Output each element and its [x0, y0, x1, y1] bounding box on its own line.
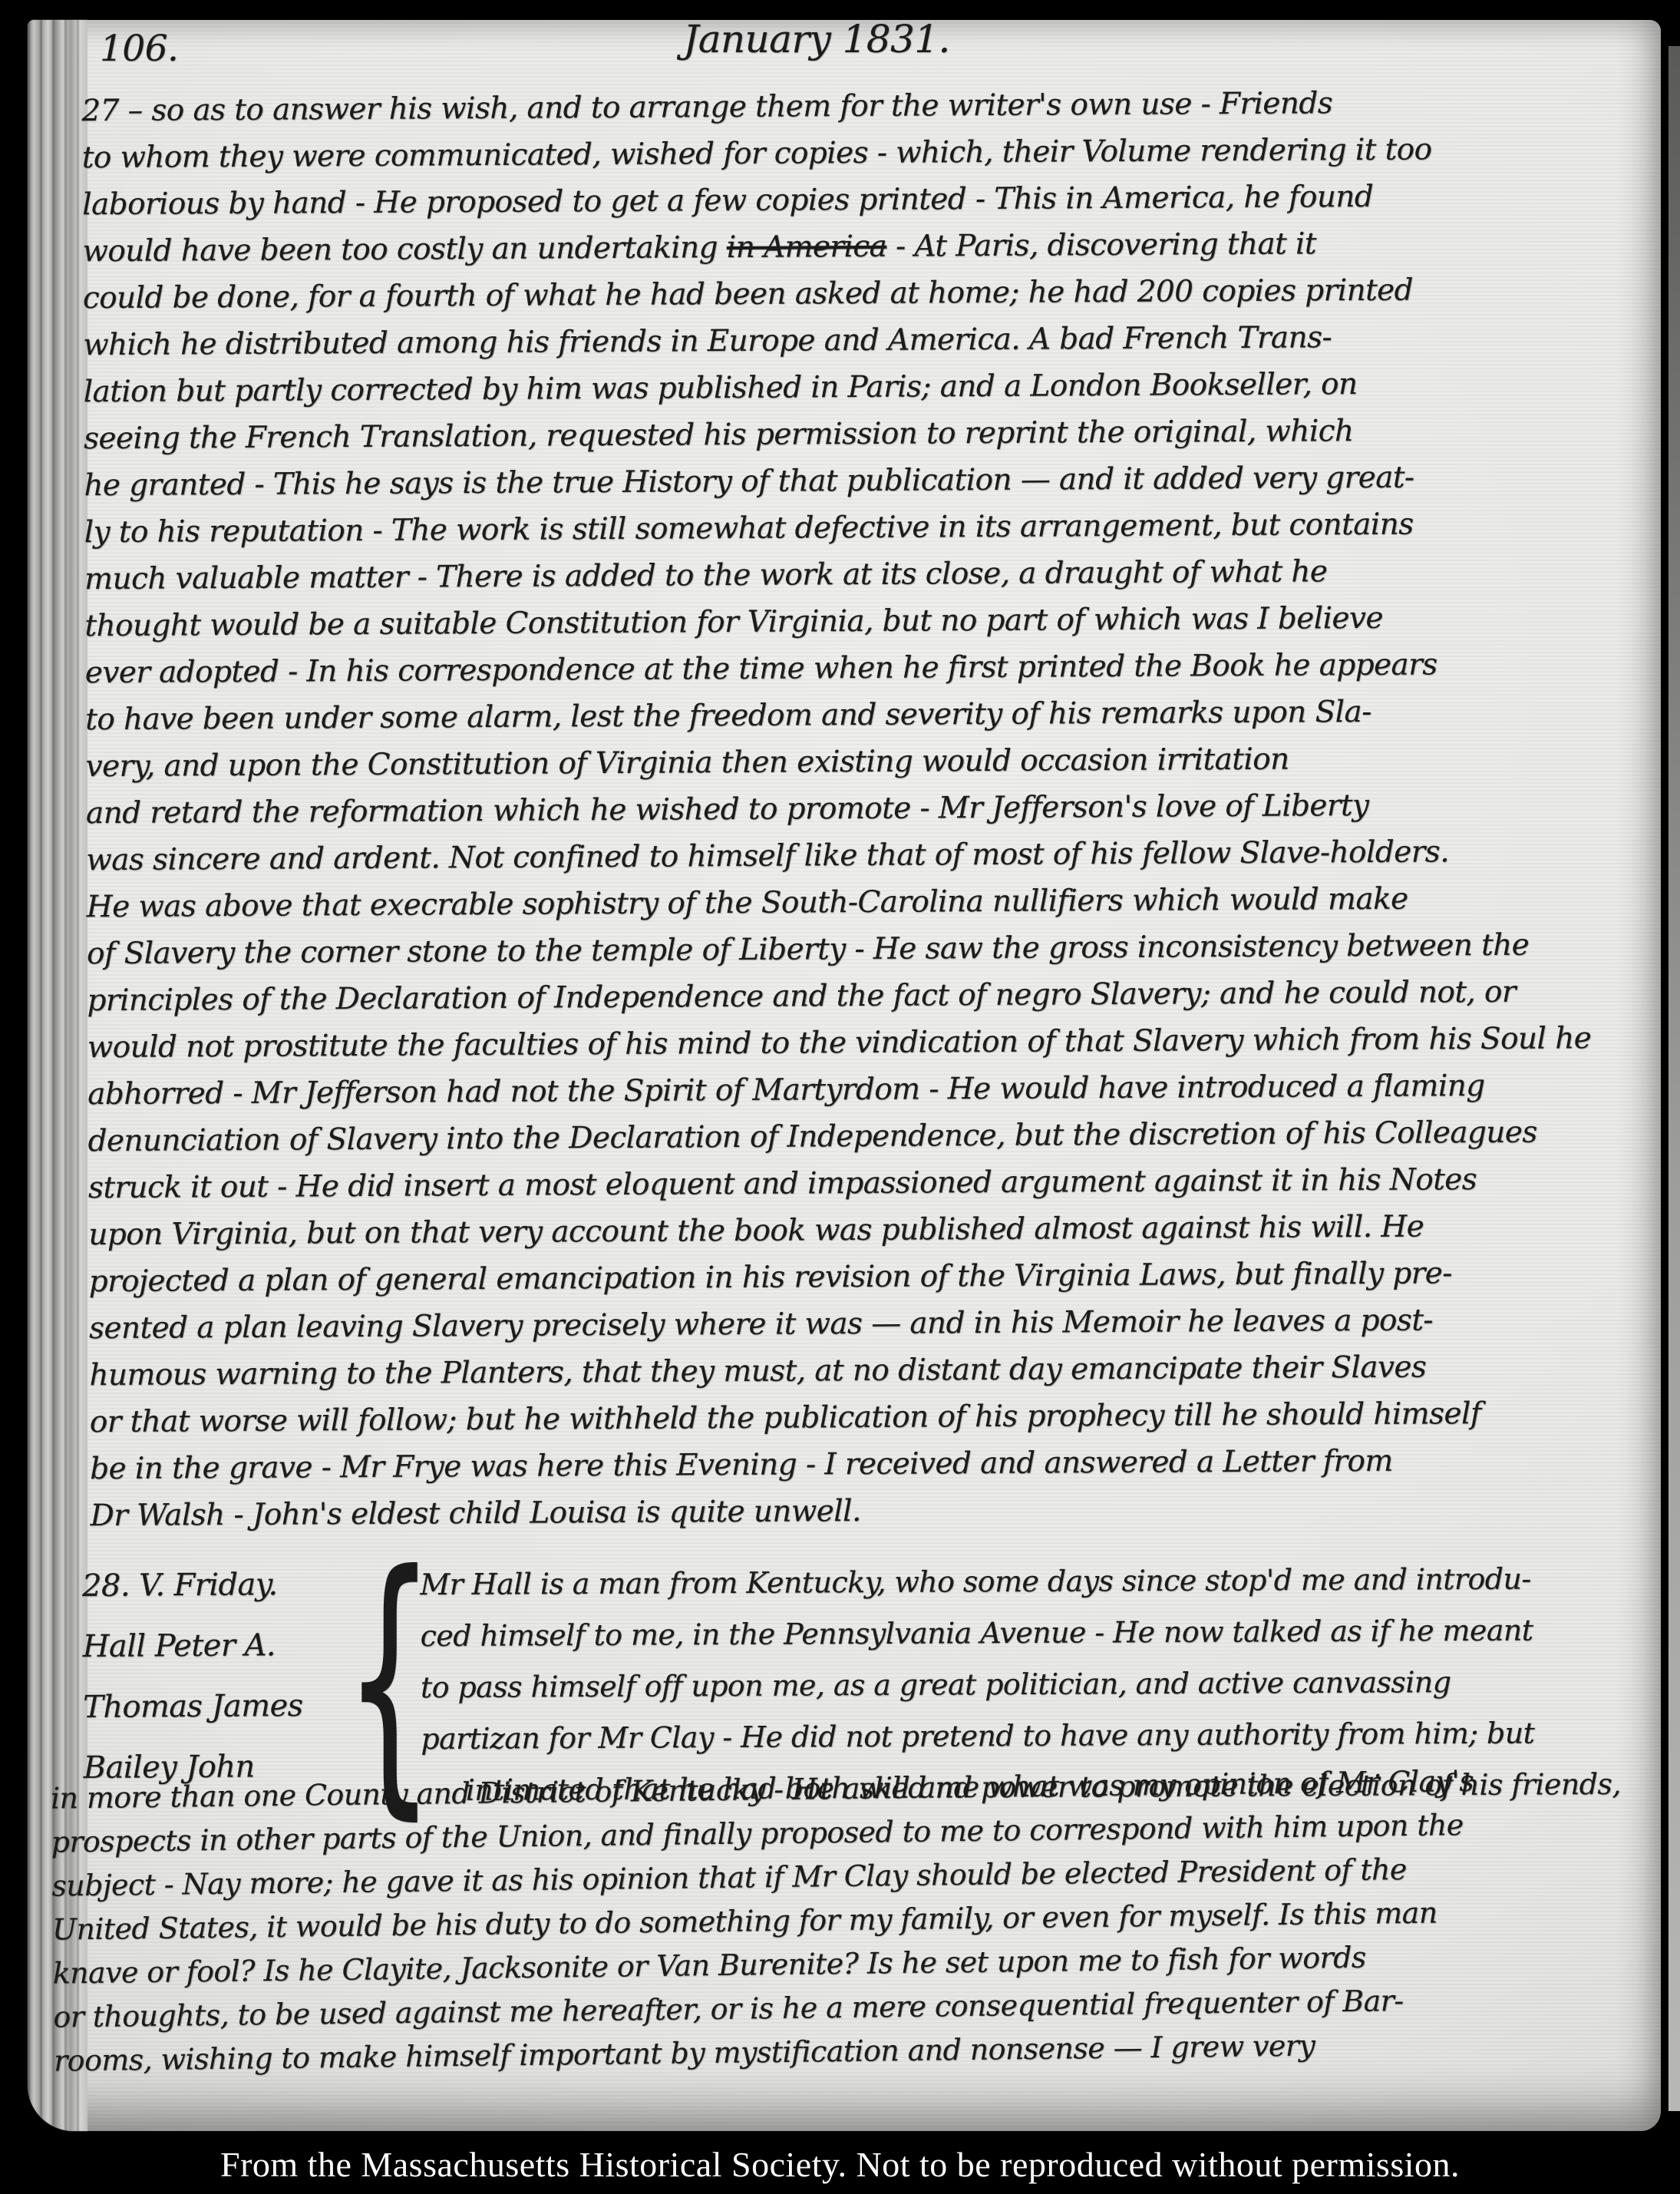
scanned-manuscript: 106. January 1831. 27 – so as to answer … — [0, 0, 1680, 2194]
margin-date-line: 28. V. Friday. — [82, 1567, 302, 1629]
manuscript-line: Dr Walsh - John's eldest child Louisa is… — [90, 1489, 1634, 1545]
line-segment: - At Paris, discovering that it — [886, 226, 1316, 263]
entry-28-margin-column: 28. V. Friday. Hall Peter A. Thomas Jame… — [82, 1567, 304, 1811]
page-heading: January 1831. — [0, 17, 1633, 61]
strikethrough-text: in America — [727, 230, 887, 265]
entry-28-full-width-text: in more than one County and District of … — [51, 1762, 1632, 2087]
manuscript-line: Mr Hall is a man from Kentucky, who some… — [420, 1561, 1625, 1619]
margin-name-line: Thomas James — [83, 1688, 303, 1750]
diary-entry-27: 27 – so as to answer his wish, and to ar… — [81, 84, 1635, 1545]
manuscript-line: ced himself to me, in the Pennsylvania A… — [420, 1613, 1625, 1670]
line-segment: would have been too costly an undertakin… — [82, 230, 727, 269]
margin-name-line: Hall Peter A. — [82, 1627, 302, 1690]
page-right-edge — [1668, 46, 1680, 2111]
manuscript-line: to pass himself off upon me, as a great … — [421, 1664, 1626, 1722]
footer-credit: From the Massachusetts Historical Societ… — [0, 2136, 1680, 2194]
